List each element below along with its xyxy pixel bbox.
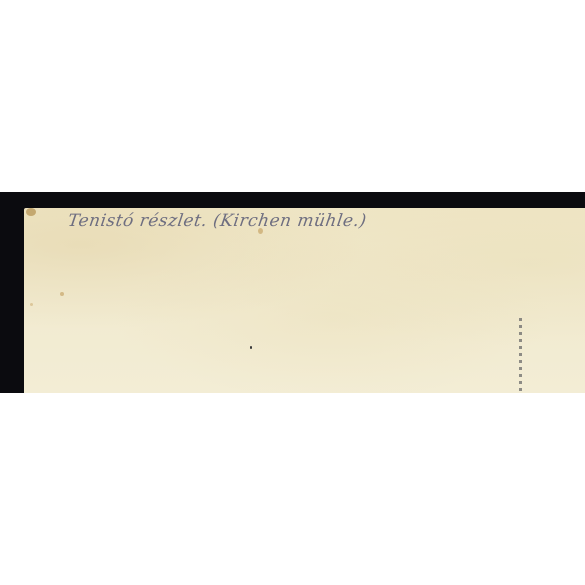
perforation-marks (519, 318, 522, 393)
postcard-paper: Tenistó részlet. (Kirchen mühle.) (24, 208, 585, 393)
foxing-spot (60, 292, 64, 296)
foxing-spot (30, 303, 33, 306)
ink-speck (250, 346, 252, 349)
handwritten-caption: Tenistó részlet. (Kirchen mühle.) (67, 211, 368, 231)
corner-stain (26, 208, 36, 216)
postcard-scan: Tenistó részlet. (Kirchen mühle.) (0, 192, 585, 393)
